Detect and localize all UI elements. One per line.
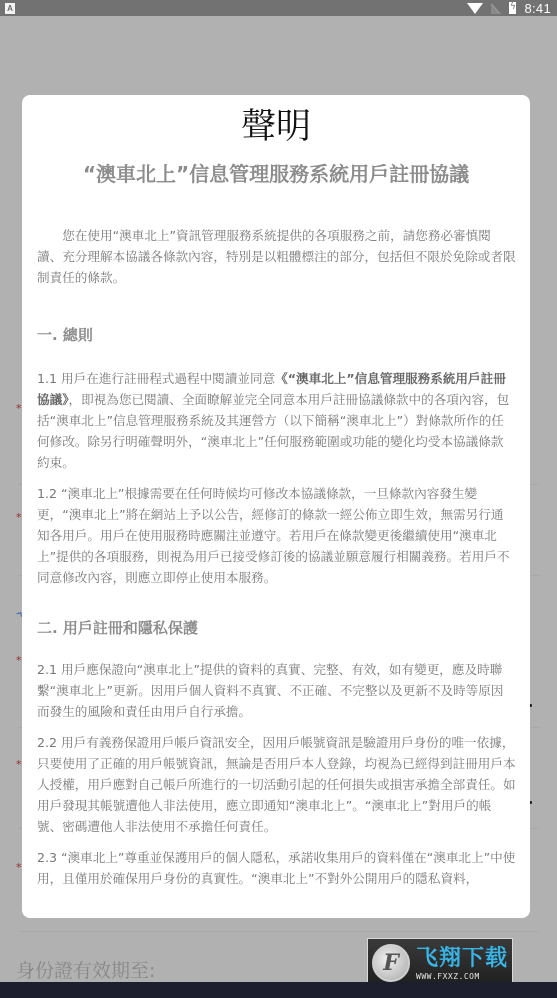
clause-2-2: 2.2 用戶有義務保證用戶帳戶資訊安全，因用戶帳號資訊是驗證用戶身份的唯一依據，… <box>37 732 516 837</box>
clause-text: 1.1 用戶在進行註冊程式過程中閱讀並同意 <box>37 371 275 386</box>
watermark: F 飞翔下载 WWW.FXXZ.COM <box>367 938 513 988</box>
required-marker: * <box>16 758 22 771</box>
id-expiry-label: 身份證有效期至: <box>16 956 155 983</box>
section-heading-general: 一. 總則 <box>37 325 516 346</box>
intro-paragraph: 您在使用“澳車北上”資訊管理服務系統提供的各項服務之前，請您務必審慎閱讀、充分理… <box>37 225 516 288</box>
navigation-bar <box>0 982 557 998</box>
watermark-url: WWW.FXXZ.COM <box>416 972 508 981</box>
section-heading-registration-privacy: 二. 用戶註冊和隱私保護 <box>37 618 516 639</box>
required-marker: * <box>16 511 22 524</box>
no-signal-icon <box>491 3 501 14</box>
wifi-icon <box>467 3 483 14</box>
required-marker: * <box>16 402 22 415</box>
clause-1-1: 1.1 用戶在進行註冊程式過程中閱讀並同意《“澳車北上”信息管理服務系統用戶註冊… <box>37 368 516 473</box>
clause-2-1: 2.1 用戶應保證向“澳車北上”提供的資料的真實、完整、有效，如有變更，應及時聯… <box>37 659 516 722</box>
watermark-logo-icon: F <box>372 944 410 982</box>
agreement-dialog[interactable]: 聲明 “澳車北上”信息管理服務系統用戶註冊協議 您在使用“澳車北上”資訊管理服務… <box>22 95 530 918</box>
agreement-body[interactable]: 您在使用“澳車北上”資訊管理服務系統提供的各項服務之前，請您務必審慎閱讀、充分理… <box>22 225 530 889</box>
dialog-title: 聲明 <box>22 104 530 150</box>
clause-2-3: 2.3 “澳車北上”尊重並保護用戶的個人隱私，承諾收集用戶的資料僅在“澳車北上”… <box>37 847 516 889</box>
status-bar: A 8:41 <box>0 0 557 16</box>
divider <box>18 931 539 932</box>
watermark-title: 飞翔下载 <box>416 946 508 972</box>
required-marker: * <box>16 861 22 874</box>
required-marker: * <box>16 654 22 667</box>
clause-text: ，即視為您已閱讀、全面瞭解並完全同意本用戶註冊協議條款中的各項內容，包括“澳車北… <box>37 392 509 470</box>
clause-1-2: 1.2 “澳車北上”根據需要在任何時候均可修改本協議條款，一旦條款內容發生變更，… <box>37 483 516 588</box>
notification-app-icon: A <box>5 3 15 14</box>
dialog-subtitle: “澳車北上”信息管理服務系統用戶註冊協議 <box>22 161 530 187</box>
battery-charging-icon <box>509 2 516 14</box>
status-time: 8:41 <box>524 1 551 16</box>
